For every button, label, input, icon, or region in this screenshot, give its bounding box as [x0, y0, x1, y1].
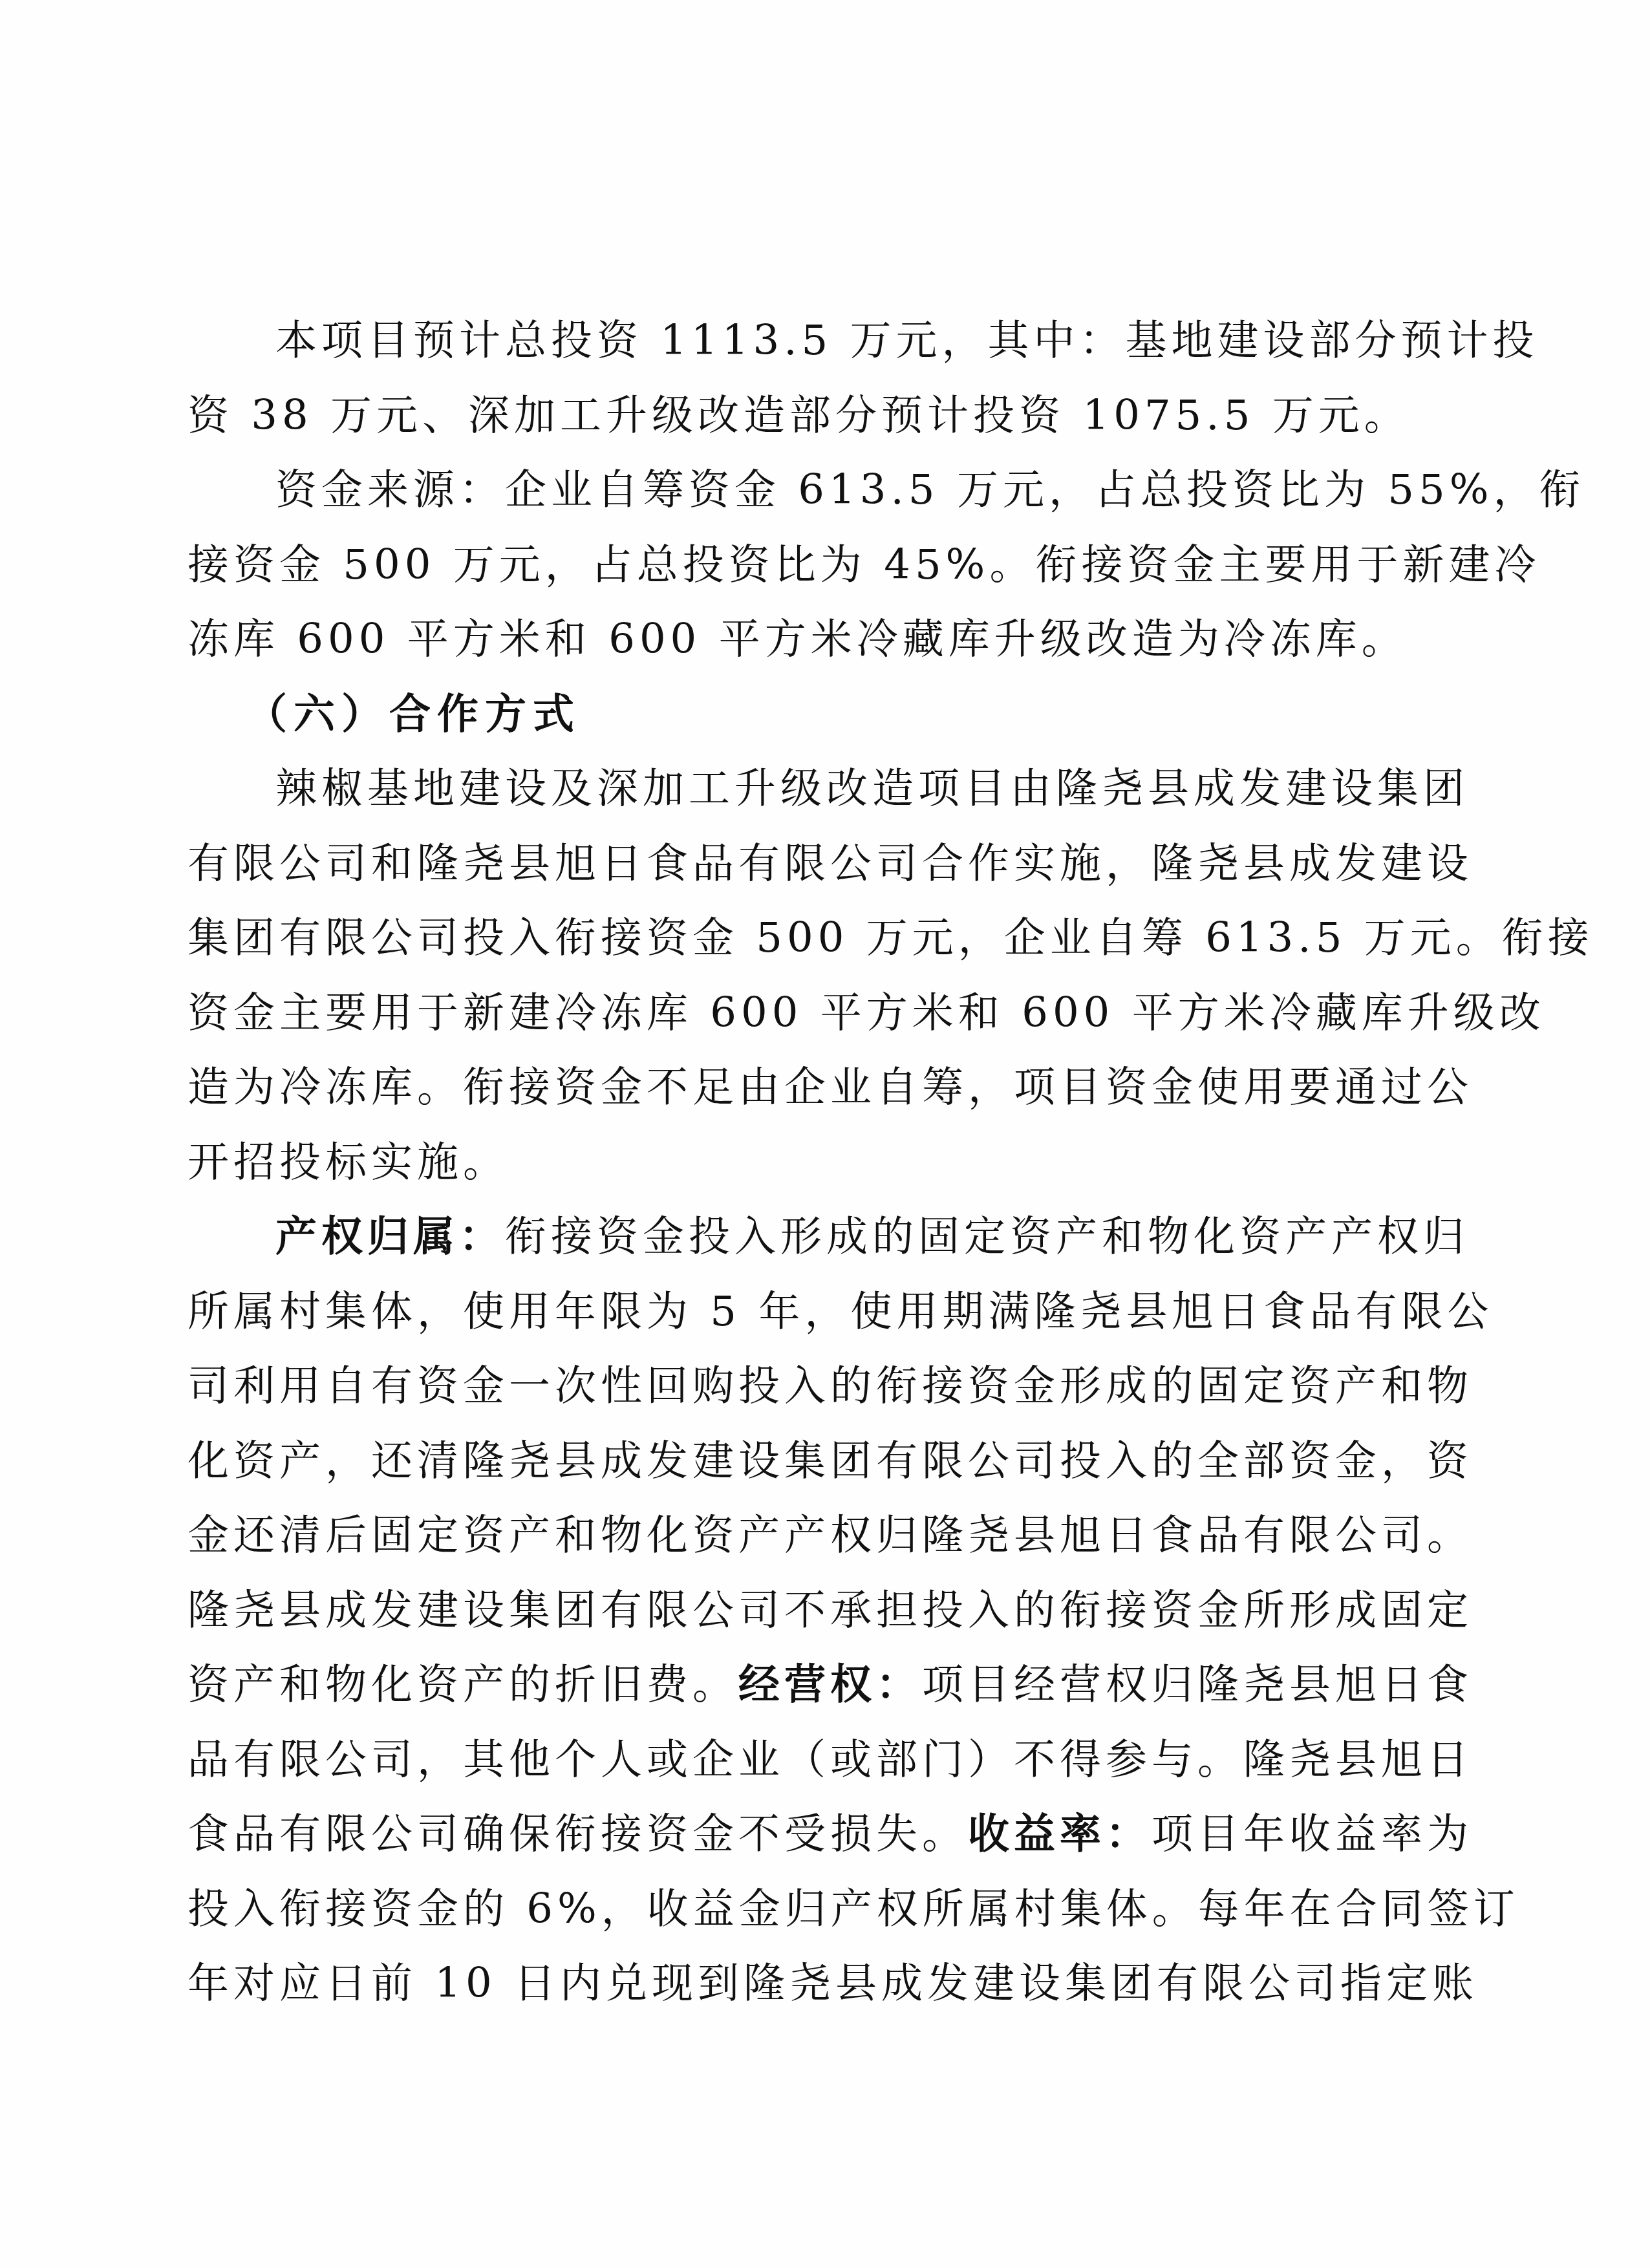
paragraph-ownership-line-3: 司利用自有资金一次性回购投入的衔接资金形成的固定资产和物: [187, 1349, 1435, 1424]
paragraph-cooperation-line-1: 辣椒基地建设及深加工升级改造项目由隆尧县成发建设集团: [187, 752, 1435, 827]
label-yield-rate: 收益率：: [968, 1810, 1152, 1858]
paragraph-funding-line-3: 冻库 600 平方米和 600 平方米冷藏库升级改造为冷冻库。: [187, 603, 1435, 678]
paragraph-funding-line-1: 资金来源：企业自筹资金 613.5 万元，占总投资比为 55%，衔: [187, 453, 1435, 528]
paragraph-ownership-line-5: 金还清后固定资产和物化资产产权归隆尧县旭日食品有限公司。: [187, 1499, 1435, 1574]
document-page: 本项目预计总投资 1113.5 万元，其中：基地建设部分预计投 资 38 万元、…: [0, 0, 1650, 2268]
paragraph-funding-line-2: 接资金 500 万元，占总投资比为 45%。衔接资金主要用于新建冷: [187, 528, 1435, 603]
paragraph-cooperation-line-5: 造为冷冻库。衔接资金不足由企业自筹，项目资金使用要通过公: [187, 1051, 1435, 1126]
loss-guarantee-text: 食品有限公司确保衔接资金不受损失。: [187, 1810, 968, 1858]
paragraph-ownership-line-11: 年对应日前 10 日内兑现到隆尧县成发建设集团有限公司指定账: [187, 1947, 1435, 2022]
paragraph-investment-line-1: 本项目预计总投资 1113.5 万元，其中：基地建设部分预计投: [187, 304, 1435, 379]
paragraph-cooperation-line-4: 资金主要用于新建冷冻库 600 平方米和 600 平方米冷藏库升级改: [187, 976, 1435, 1051]
paragraph-cooperation-line-6: 开招投标实施。: [187, 1126, 1435, 1201]
operation-text: 项目经营权归隆尧县旭日食: [922, 1661, 1473, 1709]
label-ownership: 产权归属：: [275, 1213, 505, 1261]
paragraph-ownership-line-7: 资产和物化资产的折旧费。经营权：项目经营权归隆尧县旭日食: [187, 1648, 1435, 1723]
paragraph-ownership-line-10: 投入衔接资金的 6%，收益金归产权所属村集体。每年在合同签订: [187, 1872, 1435, 1947]
depreciation-text: 资产和物化资产的折旧费。: [187, 1661, 738, 1709]
paragraph-ownership-line-9: 食品有限公司确保衔接资金不受损失。收益率：项目年收益率为: [187, 1797, 1435, 1872]
document-body: 本项目预计总投资 1113.5 万元，其中：基地建设部分预计投 资 38 万元、…: [187, 304, 1435, 2022]
paragraph-ownership-line-1: 产权归属：衔接资金投入形成的固定资产和物化资产产权归: [187, 1200, 1435, 1275]
paragraph-investment-line-2: 资 38 万元、深加工升级改造部分预计投资 1075.5 万元。: [187, 379, 1435, 454]
paragraph-ownership-line-6: 隆尧县成发建设集团有限公司不承担投入的衔接资金所形成固定: [187, 1574, 1435, 1649]
ownership-text: 衔接资金投入形成的固定资产和物化资产产权归: [505, 1213, 1469, 1261]
paragraph-ownership-line-8: 品有限公司，其他个人或企业（或部门）不得参与。隆尧县旭日: [187, 1723, 1435, 1798]
label-operation-right: 经营权：: [738, 1661, 922, 1709]
paragraph-cooperation-line-3: 集团有限公司投入衔接资金 500 万元，企业自筹 613.5 万元。衔接: [187, 901, 1435, 976]
section-heading-cooperation: （六）合作方式: [187, 678, 1435, 753]
paragraph-ownership-line-4: 化资产，还清隆尧县成发建设集团有限公司投入的全部资金，资: [187, 1424, 1435, 1499]
yield-text: 项目年收益率为: [1152, 1810, 1473, 1858]
paragraph-ownership-line-2: 所属村集体，使用年限为 5 年，使用期满隆尧县旭日食品有限公: [187, 1275, 1435, 1350]
paragraph-cooperation-line-2: 有限公司和隆尧县旭日食品有限公司合作实施，隆尧县成发建设: [187, 827, 1435, 902]
